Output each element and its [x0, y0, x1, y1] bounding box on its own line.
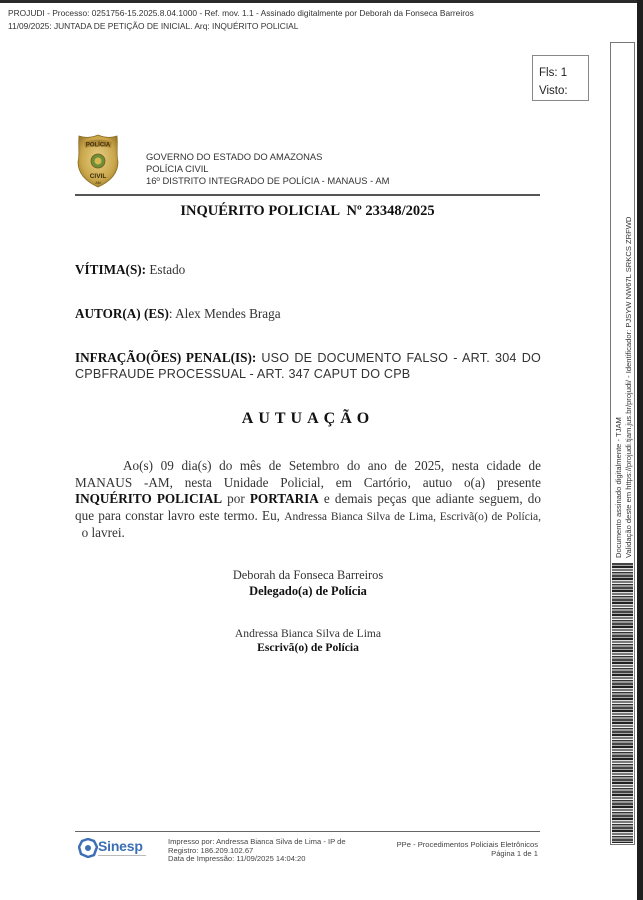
footer-page-number: Página 1 de 1: [340, 850, 538, 859]
infracao-label: INFRAÇÃO(ÕES) PENAL(IS):: [75, 350, 256, 365]
sinesp-logo: Sinesp: [76, 836, 151, 862]
field-autor: AUTOR(A) (ES): Alex Mendes Braga: [75, 306, 541, 322]
sinesp-tagline: [98, 855, 146, 859]
section-title-autuacao: AUTUAÇÃO: [75, 410, 541, 428]
sinesp-emblem-icon: [78, 838, 98, 858]
stamp-line1: Documento assinado digitalmente - TJAM: [614, 38, 624, 558]
svg-text:AM: AM: [95, 181, 100, 185]
escriva-name: Andressa Bianca Silva de Lima: [75, 627, 541, 641]
paragraph-part4: o lavrei.: [75, 525, 125, 540]
footer-print-info: Impresso por: Andressa Bianca Silva de L…: [168, 838, 348, 864]
barcode: [612, 563, 633, 843]
field-vitima: VÍTIMA(S): Estado: [75, 262, 541, 278]
autor-label: AUTOR(A) (ES): [75, 306, 169, 321]
top-frame-border: [0, 0, 643, 3]
paragraph-bold-inquerito: INQUÉRITO POLICIAL: [75, 491, 222, 506]
sinesp-wordmark: Sinesp: [98, 838, 143, 854]
field-infracao: INFRAÇÃO(ÕES) PENAL(IS): USO DE DOCUMENT…: [75, 350, 541, 382]
svg-text:POLÍCIA: POLÍCIA: [86, 141, 111, 149]
paragraph-part2: por: [222, 491, 250, 506]
fls-label: Fls: 1: [539, 64, 588, 82]
stamp-line2: Validação deste em https://projudi.tjam.…: [624, 38, 634, 558]
projudi-header: PROJUDI - Processo: 0251756-15.2025.8.04…: [8, 7, 474, 33]
footer-print-date: Data de Impressão: 11/09/2025 14:04:20: [168, 855, 348, 864]
letterhead: POLÍCIA CIVIL AM GOVERNO DO ESTADO DO AM…: [75, 134, 540, 196]
paragraph-escriva-name: Andressa Bianca Silva de Lima, Escrivã(o…: [284, 511, 541, 523]
vitima-value: Estado: [146, 262, 185, 277]
footer-system-info: PPe - Procedimentos Policiais Eletrônico…: [340, 841, 538, 858]
digital-signature-stamp: Documento assinado digitalmente - TJAM V…: [610, 42, 635, 845]
footer-divider: [75, 831, 540, 832]
svg-text:CIVIL: CIVIL: [90, 173, 107, 180]
right-frame-border: [637, 0, 643, 900]
vitima-label: VÍTIMA(S):: [75, 262, 146, 277]
signature-escriva: Andressa Bianca Silva de Lima Escrivã(o)…: [75, 627, 541, 655]
footer-printed-by: Impresso por: Andressa Bianca Silva de L…: [168, 838, 348, 855]
autuacao-paragraph: Ao(s) 09 dia(s) do mês de Setembro do an…: [75, 458, 541, 542]
autor-value: Alex Mendes Braga: [175, 306, 280, 321]
fls-box: Fls: 1 Visto:: [532, 55, 589, 101]
letterhead-divider: [75, 194, 540, 196]
projudi-header-line2: 11/09/2025: JUNTADA DE PETIÇÃO DE INICIA…: [8, 20, 474, 33]
stamp-text-area: Documento assinado digitalmente - TJAM V…: [611, 43, 636, 563]
delegado-role: Delegado(a) de Polícia: [249, 584, 367, 598]
document-title: INQUÉRITO POLICIAL Nº 23348/2025: [75, 203, 540, 220]
policia-civil-badge-icon: POLÍCIA CIVIL AM: [77, 134, 119, 188]
document-title-text: INQUÉRITO POLICIAL Nº 23348/2025: [180, 203, 434, 219]
stamp-text: Documento assinado digitalmente - TJAM V…: [614, 38, 634, 558]
escriva-role: Escrivã(o) de Polícia: [257, 641, 359, 654]
letterhead-agency: POLÍCIA CIVIL: [146, 163, 389, 175]
letterhead-government: GOVERNO DO ESTADO DO AMAZONAS: [146, 151, 389, 163]
delegado-name: Deborah da Fonseca Barreiros: [75, 567, 541, 583]
visto-label: Visto:: [539, 82, 588, 100]
projudi-header-line1: PROJUDI - Processo: 0251756-15.2025.8.04…: [8, 7, 474, 20]
paragraph-part1: Ao(s) 09 dia(s) do mês de Setembro do an…: [75, 458, 541, 490]
letterhead-district: 16º DISTRITO INTEGRADO DE POLÍCIA - MANA…: [146, 175, 389, 187]
letterhead-text: GOVERNO DO ESTADO DO AMAZONAS POLÍCIA CI…: [146, 151, 389, 187]
signature-delegado: Deborah da Fonseca Barreiros Delegado(a)…: [75, 567, 541, 599]
paragraph-bold-portaria: PORTARIA: [250, 491, 319, 506]
